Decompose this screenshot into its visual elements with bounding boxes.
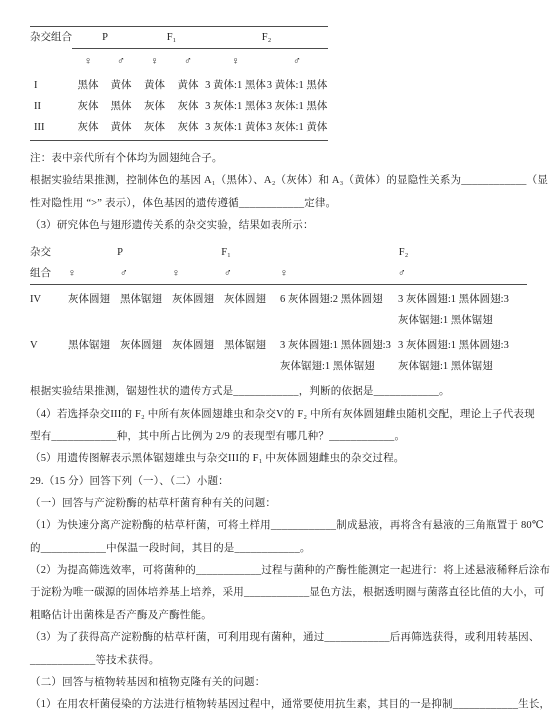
- cell-f2-male: 3 灰体圆翅:1 黑体圆翅:3 灰体锯翅:1 黑体锯翅: [398, 331, 527, 377]
- text-line: 于淀粉为唯一碳源的固体培养基上培养，采用____________显色方法，根据透…: [30, 582, 530, 604]
- cross-id: I: [30, 75, 72, 96]
- cell-f1-male: 黄体: [171, 75, 205, 96]
- female-symbol: ♀: [72, 49, 104, 76]
- cross-id: III: [30, 117, 72, 141]
- ratio-line: 3 灰体圆翅:1 黑体圆翅:3: [398, 289, 527, 310]
- question-4-line: （4）若选择杂交III的 F₂ 中所有灰体圆翅雄虫和杂交V的 F₂ 中所有灰体圆…: [30, 404, 530, 426]
- cell-p-female: 灰体: [72, 117, 104, 141]
- wing-shape-cross-table: 杂交 组合 P F₁ F₂ ♀ ♂ ♀ ♂ ♀ ♂ IV 灰体圆翅 黑体锯翅 灰…: [30, 242, 527, 377]
- text-line: （1）在用农杆菌侵染的方法进行植物转基因过程中，通常要使用抗生素，其目的一是抑制…: [30, 694, 530, 716]
- cell-p-male: 黄体: [104, 117, 138, 141]
- group-header-f2: F₂: [205, 27, 328, 49]
- cell-f1-female: 灰体圆翅: [172, 331, 224, 377]
- female-symbol: ♀: [172, 263, 224, 285]
- cell-f1-female: 灰体: [138, 96, 171, 117]
- corner-header-line2: 组合: [30, 263, 68, 284]
- cell-f2-female: 3 灰体:1 黄体: [205, 117, 266, 141]
- corner-header: 杂交组合: [30, 27, 72, 76]
- ratio-line: 3 灰体圆翅:1 黑体圆翅:3: [398, 335, 527, 356]
- cell-p-male: 黄体: [104, 75, 138, 96]
- cell-p-female: 黑体锯翅: [68, 331, 120, 377]
- table-row: I 黑体 黄体 黄体 黄体 3 黄体:1 黑体 3 黄体:1 黑体: [30, 75, 328, 96]
- cell-p-male: 黑体: [104, 96, 138, 117]
- ratio-line: 3 灰体圆翅:1 黑体圆翅:3: [280, 335, 398, 356]
- question-3-intro: （3）研究体色与翅形遗传关系的杂交实验，结果如表所示：: [30, 215, 530, 237]
- table-row: V 黑体锯翅 灰体圆翅 灰体圆翅 黑体锯翅 3 灰体圆翅:1 黑体圆翅:3 灰体…: [30, 331, 527, 377]
- text-line: 的____________中保温一段时间，其目的是____________。: [30, 538, 530, 560]
- text-line: （1）为快速分离产淀粉酶的枯草杆菌，可将土样用____________制成悬液，…: [30, 515, 530, 537]
- table-row: III 灰体 黄体 灰体 灰体 3 灰体:1 黄体 3 灰体:1 黄体: [30, 117, 328, 141]
- group-header-f2: F₂: [280, 242, 527, 263]
- cross-id: II: [30, 96, 72, 117]
- table-note: 注：表中亲代所有个体均为圆翅纯合子。: [30, 148, 530, 170]
- cell-f2-male: 3 灰体圆翅:1 黑体圆翅:3 灰体锯翅:1 黑体锯翅: [398, 285, 527, 332]
- ratio-line: 灰体锯翅:1 黑体锯翅: [398, 310, 527, 331]
- cell-f2-male: 3 灰体:1 黑体: [266, 96, 328, 117]
- group-header-p: P: [72, 27, 138, 49]
- text-line: 根据实验结果推测，控制体色的基因 A₁（黑体）、A₂（灰体）和 A₃（黄体）的显…: [30, 170, 530, 192]
- ratio-line: 6 灰体圆翅:2 黑体圆翅: [280, 289, 398, 310]
- male-symbol: ♂: [398, 263, 527, 285]
- exam-document-page: 杂交组合 P F₁ F₂ ♀ ♂ ♀ ♂ ♀ ♂ I 黑体 黄体 黄体 黄体 3…: [0, 0, 550, 725]
- male-symbol: ♂: [104, 49, 138, 76]
- table-row: ♀ ♂ ♀ ♂ ♀ ♂: [30, 49, 328, 76]
- text-block-lower: 根据实验结果推测，锯翅性状的遗传方式是____________，判断的依据是__…: [30, 381, 530, 716]
- body-color-cross-table: 杂交组合 P F₁ F₂ ♀ ♂ ♀ ♂ ♀ ♂ I 黑体 黄体 黄体 黄体 3…: [30, 26, 328, 141]
- cell-f1-male: 灰体: [171, 117, 205, 141]
- cell-f2-male: 3 黄体:1 黑体: [266, 75, 328, 96]
- cell-f2-female: 3 黄体:1 黑体: [205, 75, 266, 96]
- group-header-f1: F₁: [172, 242, 280, 263]
- group-header-f1: F₁: [138, 27, 205, 49]
- cell-f1-male: 黑体锯翅: [224, 331, 280, 377]
- cell-p-female: 灰体圆翅: [68, 285, 120, 332]
- table-row: 杂交 组合 P F₁ F₂: [30, 242, 527, 263]
- table-row: 杂交组合 P F₁ F₂: [30, 27, 328, 49]
- female-symbol: ♀: [68, 263, 120, 285]
- text-block-upper: 注：表中亲代所有个体均为圆翅纯合子。 根据实验结果推测，控制体色的基因 A₁（黑…: [30, 148, 530, 237]
- corner-header: 杂交 组合: [30, 242, 68, 285]
- cell-f2-female: 3 灰体:1 黑体: [205, 96, 266, 117]
- question-29-header: 29.（15 分）回答下列（一）、（二）小题：: [30, 471, 530, 493]
- male-symbol: ♂: [120, 263, 172, 285]
- part-1-header: （一）回答与产淀粉酶的枯草杆菌育种有关的问题：: [30, 493, 530, 515]
- group-header-p: P: [68, 242, 172, 263]
- male-symbol: ♂: [266, 49, 328, 76]
- question-4-line: 型有____________种，其中所占比例为 2/9 的表现型有哪几种？___…: [30, 426, 530, 448]
- cell-f2-female: 6 灰体圆翅:2 黑体圆翅: [280, 285, 398, 332]
- female-symbol: ♀: [138, 49, 171, 76]
- part-2-header: （二）回答与植物转基因和植物克隆有关的问题：: [30, 672, 530, 694]
- cross-id: IV: [30, 285, 68, 332]
- question-5-line: （5）用遗传图解表示黑体锯翅雄虫与杂交III的 F₁ 中灰体圆翅雌虫的杂交过程。: [30, 448, 530, 470]
- female-symbol: ♀: [280, 263, 398, 285]
- text-line: 根据实验结果推测，锯翅性状的遗传方式是____________，判断的依据是__…: [30, 381, 530, 403]
- text-line: 性对隐性用 “>” 表示），体色基因的遗传遵循____________定律。: [30, 193, 530, 215]
- table-row: IV 灰体圆翅 黑体锯翅 灰体圆翅 灰体圆翅 6 灰体圆翅:2 黑体圆翅 3 灰…: [30, 285, 527, 332]
- cell-f1-male: 灰体: [171, 96, 205, 117]
- cell-p-female: 黑体: [72, 75, 104, 96]
- ratio-line: 灰体锯翅:1 黑体锯翅: [280, 356, 398, 377]
- ratio-line: 灰体锯翅:1 黑体锯翅: [398, 356, 527, 377]
- corner-header-line1: 杂交: [30, 242, 68, 263]
- cell-f2-male: 3 灰体:1 黄体: [266, 117, 328, 141]
- cell-p-female: 灰体: [72, 96, 104, 117]
- cell-p-male: 黑体锯翅: [120, 285, 172, 332]
- cell-f1-female: 灰体圆翅: [172, 285, 224, 332]
- female-symbol: ♀: [205, 49, 266, 76]
- cell-f1-female: 灰体: [138, 117, 171, 141]
- cell-p-male: 灰体圆翅: [120, 331, 172, 377]
- cross-id: V: [30, 331, 68, 377]
- text-line: ____________等技术获得。: [30, 650, 530, 672]
- text-line: （2）为提高筛选效率，可将菌种的____________过程与菌种的产酶性能测定…: [30, 560, 530, 582]
- male-symbol: ♂: [224, 263, 280, 285]
- text-line: 粗略估计出菌株是否产酶及产酶性能。: [30, 605, 530, 627]
- table-row: II 灰体 黑体 灰体 灰体 3 灰体:1 黑体 3 灰体:1 黑体: [30, 96, 328, 117]
- text-line: （3）为了获得高产淀粉酶的枯草杆菌，可利用现有菌种，通过____________…: [30, 627, 530, 649]
- table-row: ♀ ♂ ♀ ♂ ♀ ♂: [30, 263, 527, 285]
- cell-f1-male: 灰体圆翅: [224, 285, 280, 332]
- male-symbol: ♂: [171, 49, 205, 76]
- cell-f1-female: 黄体: [138, 75, 171, 96]
- cell-f2-female: 3 灰体圆翅:1 黑体圆翅:3 灰体锯翅:1 黑体锯翅: [280, 331, 398, 377]
